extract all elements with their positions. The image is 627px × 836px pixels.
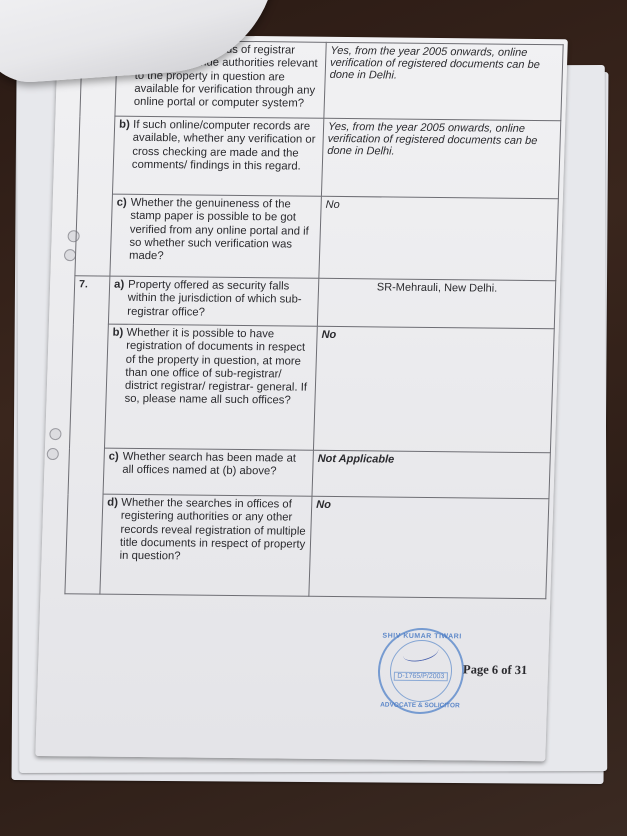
- binder-hole-icon: [49, 428, 61, 440]
- question-cell: c) Whether the genuineness of the stamp …: [110, 194, 322, 278]
- stamp-name: SHIV KUMAR TIWARI: [381, 633, 463, 641]
- table-row: b) Whether it is possible to have regist…: [70, 324, 555, 453]
- table-row: c) Whether the genuineness of the stamp …: [75, 194, 558, 281]
- question-cell: a) Property offered as security falls wi…: [108, 276, 318, 326]
- answer-cell: No: [313, 326, 554, 452]
- answer-cell: SR-Mehrauli, New Delhi.: [317, 278, 555, 328]
- answer-cell: No: [309, 496, 549, 598]
- verification-table: 6. a) Whether the records of registrar o…: [64, 39, 563, 599]
- table-row: 7. a) Property offered as security falls…: [73, 276, 555, 329]
- advocate-seal-stamp: SHIV KUMAR TIWARI D-1765/P/2003 ADVOCATE…: [377, 628, 466, 715]
- question-cell: d) Whether the searches in offices of re…: [100, 494, 312, 596]
- table-row: c) Whether search has been made at all o…: [68, 448, 550, 499]
- stamp-title: ADVOCATE & SOLICITOR: [379, 702, 461, 710]
- question-cell: c) Whether search has been made at all o…: [103, 448, 313, 496]
- answer-cell: No: [319, 196, 559, 280]
- question-cell: b) Whether it is possible to have regist…: [104, 324, 317, 450]
- document-page: 6. a) Whether the records of registrar o…: [35, 34, 568, 761]
- answer-cell: Yes, from the year 2005 onwards, online …: [324, 42, 563, 120]
- question-cell: b) If such online/computer records are a…: [112, 116, 323, 196]
- page-number: Page 6 of 31: [463, 662, 528, 678]
- stamp-registration: D-1765/P/2003: [394, 671, 447, 681]
- table-row: b) If such online/computer records are a…: [77, 116, 560, 199]
- answer-cell: Yes, from the year 2005 onwards, online …: [321, 118, 560, 198]
- table-row: d) Whether the searches in offices of re…: [65, 494, 549, 599]
- answer-cell: Not Applicable: [312, 450, 550, 498]
- binder-hole-icon: [47, 448, 59, 460]
